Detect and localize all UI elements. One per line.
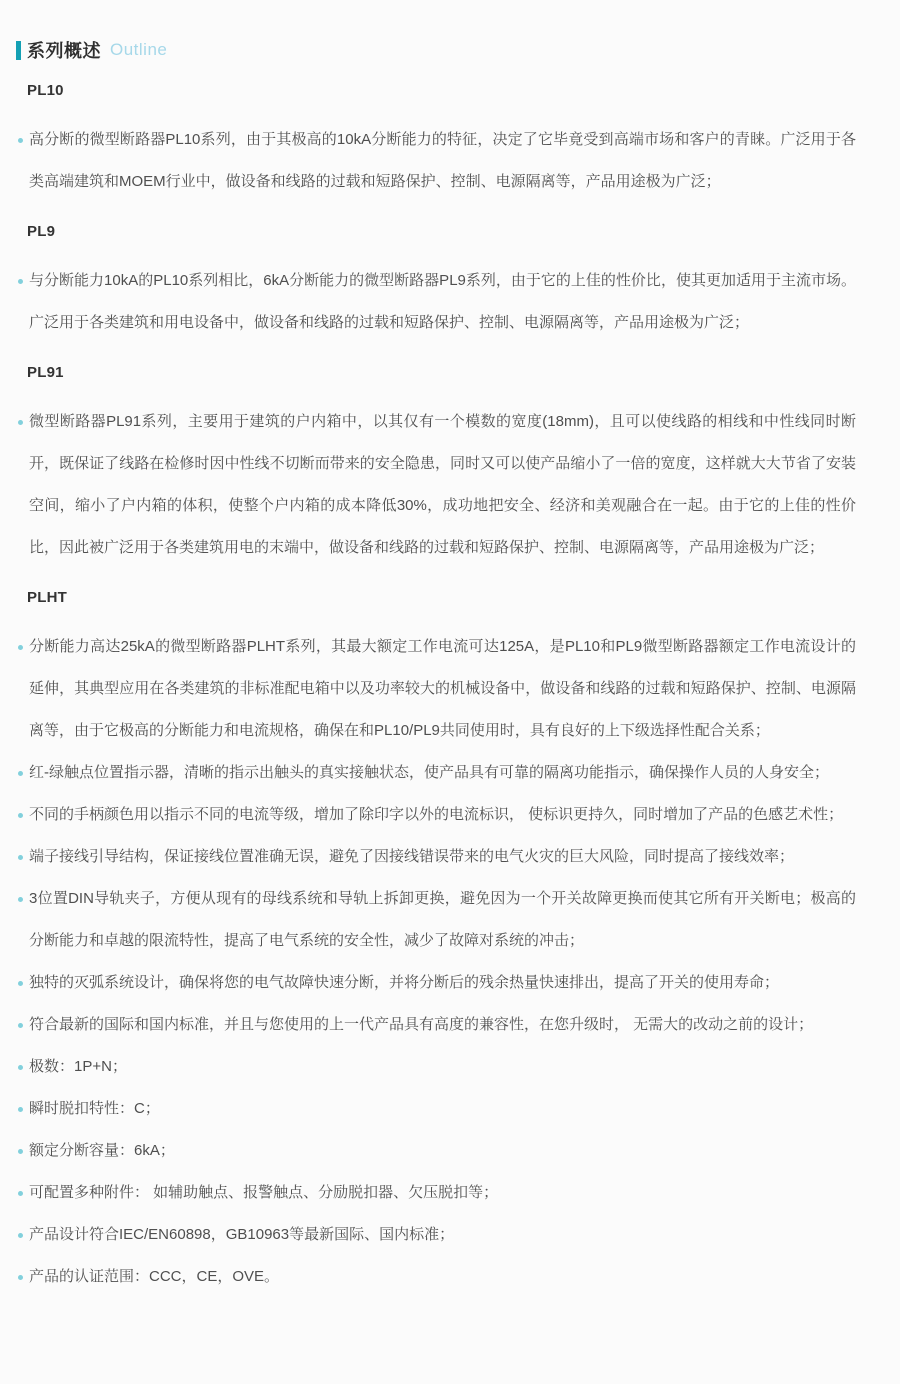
- bullet-icon: [18, 1233, 23, 1238]
- sections-container: PL10高分断的微型断路器PL10系列，由于其极高的10kA分断能力的特征，决定…: [16, 78, 856, 1298]
- list-item: 不同的手柄颜色用以指示不同的电流等级，增加了除印字以外的电流标识， 使标识更持久…: [18, 794, 856, 836]
- list-item: 产品设计符合IEC/EN60898，GB10963等最新国际、国内标准；: [18, 1214, 856, 1256]
- list-item: 符合最新的国际和国内标准，并且与您使用的上一代产品具有高度的兼容性，在您升级时，…: [18, 1004, 856, 1046]
- list-item: 额定分断容量：6kA；: [18, 1130, 856, 1172]
- section-header: 系列概述 Outline: [16, 38, 856, 62]
- series-outline-page: 系列概述 Outline PL10高分断的微型断路器PL10系列，由于其极高的1…: [0, 0, 900, 1328]
- list-item-text: 高分断的微型断路器PL10系列，由于其极高的10kA分断能力的特征，决定了它毕竟…: [29, 131, 856, 190]
- list-item: 端子接线引导结构，保证接线位置准确无误，避免了因接线错误带来的电气火灾的巨大风险…: [18, 836, 856, 878]
- list-item-text: 独特的灭弧系统设计，确保将您的电气故障快速分断，并将分断后的残余热量快速排出，提…: [29, 974, 779, 991]
- bullet-icon: [18, 1107, 23, 1112]
- list-item: 与分断能力10kA的PL10系列相比，6kA分断能力的微型断路器PL9系列，由于…: [18, 260, 856, 344]
- bullet-icon: [18, 645, 23, 650]
- bullet-icon: [18, 1149, 23, 1154]
- list-item-text: 产品设计符合IEC/EN60898，GB10963等最新国际、国内标准；: [29, 1226, 454, 1243]
- list-item: 可配置多种附件： 如辅助触点、报警触点、分励脱扣器、欠压脱扣等；: [18, 1172, 856, 1214]
- bullet-icon: [18, 981, 23, 986]
- page-title: 系列概述: [27, 37, 101, 63]
- bullet-icon: [18, 420, 23, 425]
- bullet-icon: [18, 279, 23, 284]
- list-item-text: 可配置多种附件： 如辅助触点、报警触点、分励脱扣器、欠压脱扣等；: [29, 1184, 498, 1201]
- list-item: 微型断路器PL91系列，主要用于建筑的户内箱中，以其仅有一个模数的宽度(18mm…: [18, 401, 856, 569]
- bullet-icon: [18, 813, 23, 818]
- list-item-text: 瞬时脱扣特性：C；: [29, 1100, 160, 1117]
- list-item: 分断能力高达25kA的微型断路器PLHT系列，其最大额定工作电流可达125A，是…: [18, 626, 856, 752]
- list-item: 产品的认证范围：CCC，CE，OVE。: [18, 1256, 856, 1298]
- list-item-text: 与分断能力10kA的PL10系列相比，6kA分断能力的微型断路器PL9系列，由于…: [29, 272, 856, 331]
- bullet-icon: [18, 897, 23, 902]
- list-item: 3位置DIN导轨夹子，方便从现有的母线系统和导轨上拆卸更换，避免因为一个开关故障…: [18, 878, 856, 962]
- bullet-icon: [18, 855, 23, 860]
- accent-bar: [16, 41, 21, 60]
- list-item-text: 不同的手柄颜色用以指示不同的电流等级，增加了除印字以外的电流标识， 使标识更持久…: [29, 806, 843, 823]
- list-item: 极数：1P+N；: [18, 1046, 856, 1088]
- bullet-icon: [18, 138, 23, 143]
- product-heading-pl9: PL9: [27, 219, 856, 245]
- product-heading-plht: PLHT: [27, 585, 856, 611]
- list-item: 红-绿触点位置指示器，清晰的指示出触头的真实接触状态，使产品具有可靠的隔离功能指…: [18, 752, 856, 794]
- list-item-text: 微型断路器PL91系列，主要用于建筑的户内箱中，以其仅有一个模数的宽度(18mm…: [29, 413, 856, 556]
- product-heading-pl91: PL91: [27, 360, 856, 386]
- list-item-text: 红-绿触点位置指示器，清晰的指示出触头的真实接触状态，使产品具有可靠的隔离功能指…: [29, 764, 829, 781]
- bullet-icon: [18, 1275, 23, 1280]
- list-item-text: 端子接线引导结构，保证接线位置准确无误，避免了因接线错误带来的电气火灾的巨大风险…: [29, 848, 794, 865]
- bullet-icon: [18, 1191, 23, 1196]
- list-item-text: 符合最新的国际和国内标准，并且与您使用的上一代产品具有高度的兼容性，在您升级时，…: [29, 1016, 813, 1033]
- bullet-icon: [18, 1065, 23, 1070]
- product-heading-pl10: PL10: [27, 78, 856, 104]
- list-item-text: 产品的认证范围：CCC，CE，OVE。: [29, 1268, 279, 1285]
- bullet-icon: [18, 1023, 23, 1028]
- list-item: 独特的灭弧系统设计，确保将您的电气故障快速分断，并将分断后的残余热量快速排出，提…: [18, 962, 856, 1004]
- list-item-text: 3位置DIN导轨夹子，方便从现有的母线系统和导轨上拆卸更换，避免因为一个开关故障…: [29, 890, 856, 949]
- list-item: 瞬时脱扣特性：C；: [18, 1088, 856, 1130]
- bullet-icon: [18, 771, 23, 776]
- list-item: 高分断的微型断路器PL10系列，由于其极高的10kA分断能力的特征，决定了它毕竟…: [18, 119, 856, 203]
- list-item-text: 分断能力高达25kA的微型断路器PLHT系列，其最大额定工作电流可达125A，是…: [29, 638, 856, 739]
- page-title-en: Outline: [110, 40, 167, 60]
- list-item-text: 极数：1P+N；: [29, 1058, 127, 1075]
- list-item-text: 额定分断容量：6kA；: [29, 1142, 175, 1159]
